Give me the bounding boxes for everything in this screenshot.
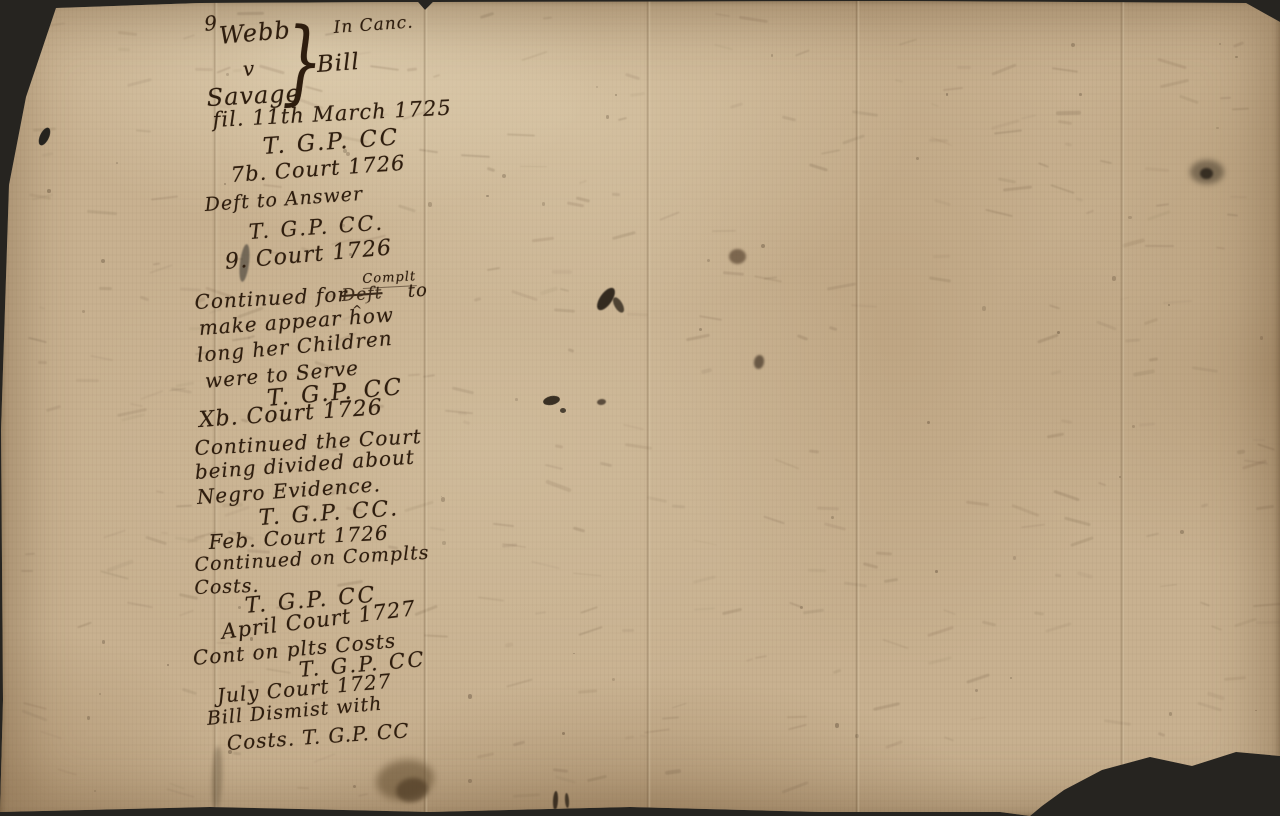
bleed-stroke bbox=[463, 420, 471, 425]
bleed-stroke bbox=[1037, 333, 1059, 344]
bleed-stroke bbox=[1158, 732, 1166, 737]
bleed-stroke bbox=[824, 522, 845, 530]
bleed-stroke bbox=[782, 781, 809, 793]
bleed-stroke bbox=[1003, 185, 1032, 191]
bleed-stroke bbox=[100, 570, 128, 580]
ink-blot bbox=[1200, 168, 1213, 179]
bleed-stroke bbox=[966, 673, 990, 683]
bleed-stroke bbox=[535, 612, 546, 615]
bleed-stroke bbox=[928, 656, 952, 665]
bleed-stroke bbox=[714, 44, 733, 51]
fold-crease bbox=[1120, 0, 1125, 816]
bleed-stroke bbox=[1211, 625, 1222, 631]
bleed-stroke bbox=[782, 115, 796, 121]
bleed-stroke bbox=[76, 379, 99, 382]
bleed-stroke bbox=[1100, 160, 1112, 164]
bleed-stroke bbox=[1125, 338, 1140, 342]
ink-speck bbox=[82, 310, 85, 313]
bleed-stroke bbox=[90, 355, 113, 361]
bleed-stroke bbox=[1257, 444, 1275, 452]
bleed-stroke bbox=[297, 787, 309, 789]
bleed-stroke bbox=[876, 551, 892, 555]
bleed-stroke bbox=[1149, 357, 1158, 362]
bleed-stroke bbox=[545, 464, 563, 470]
bleed-stroke bbox=[195, 67, 213, 70]
ink-speck bbox=[515, 398, 518, 401]
bleed-stroke bbox=[578, 689, 597, 693]
bleed-stroke bbox=[554, 309, 575, 313]
ink-speck bbox=[612, 678, 615, 681]
bleed-stroke bbox=[998, 178, 1016, 184]
bleed-stroke bbox=[943, 609, 955, 615]
bleed-stroke bbox=[1050, 370, 1061, 375]
ink-speck bbox=[87, 716, 91, 720]
fold-crease bbox=[423, 0, 428, 816]
bleed-stroke bbox=[555, 775, 576, 784]
ink-speck bbox=[167, 664, 169, 666]
bleed-stroke bbox=[160, 531, 167, 534]
bleed-stroke bbox=[1233, 41, 1244, 47]
bleed-stroke bbox=[833, 669, 841, 674]
bleed-stroke bbox=[775, 459, 800, 470]
bleed-stroke bbox=[1055, 574, 1062, 578]
bleed-stroke bbox=[623, 423, 644, 429]
ink-speck bbox=[468, 779, 472, 783]
bleed-stroke bbox=[573, 572, 601, 576]
ink-speck bbox=[1169, 712, 1173, 716]
bleed-stroke bbox=[982, 621, 996, 627]
bleed-stroke bbox=[451, 386, 473, 394]
bleed-stroke bbox=[1053, 490, 1079, 502]
bleed-stroke bbox=[1064, 143, 1071, 147]
bleed-stroke bbox=[1021, 114, 1036, 119]
bleed-stroke bbox=[141, 390, 164, 401]
bleed-stroke bbox=[1076, 197, 1083, 202]
bleed-stroke bbox=[580, 606, 597, 613]
bleed-stroke bbox=[560, 288, 569, 292]
bleed-stroke bbox=[493, 523, 514, 528]
ink-speck bbox=[1255, 710, 1257, 712]
bleed-stroke bbox=[473, 297, 480, 302]
bleed-stroke bbox=[686, 334, 710, 342]
bleed-stroke bbox=[225, 506, 250, 517]
ink-speck bbox=[47, 189, 51, 193]
bleed-stroke bbox=[167, 788, 195, 798]
bleed-stroke bbox=[1144, 318, 1158, 326]
ink-speck bbox=[606, 115, 610, 119]
bleed-stroke bbox=[575, 196, 589, 202]
bleed-stroke bbox=[555, 444, 564, 449]
ink-speck bbox=[916, 157, 919, 160]
bleed-stroke bbox=[520, 166, 547, 168]
bleed-stroke bbox=[1147, 210, 1170, 221]
bleed-stroke bbox=[1234, 618, 1257, 628]
ink-speck bbox=[597, 398, 607, 405]
ink-speck bbox=[224, 183, 226, 185]
bleed-stroke bbox=[45, 405, 60, 413]
bleed-stroke bbox=[600, 462, 613, 468]
bleed-stroke bbox=[478, 596, 504, 602]
bleed-stroke bbox=[512, 740, 524, 746]
bleed-stroke bbox=[540, 286, 558, 295]
bleed-stroke bbox=[700, 367, 712, 373]
bleed-stroke bbox=[625, 73, 640, 81]
bleed-stroke bbox=[943, 87, 963, 91]
bleed-stroke bbox=[991, 63, 1017, 75]
ink-speck bbox=[1168, 304, 1170, 306]
ink-speck bbox=[982, 306, 986, 310]
ink-speck bbox=[1180, 530, 1184, 534]
bleed-stroke bbox=[40, 731, 62, 740]
bleed-stroke bbox=[86, 210, 116, 215]
bleed-stroke bbox=[1253, 439, 1265, 441]
bleed-stroke bbox=[944, 736, 954, 741]
bleed-stroke bbox=[1160, 584, 1177, 587]
bleed-stroke bbox=[521, 50, 547, 61]
ink-smudge bbox=[753, 354, 765, 370]
ink-speck bbox=[699, 328, 702, 331]
bleed-stroke bbox=[140, 296, 150, 302]
bleed-stroke bbox=[842, 134, 864, 144]
bleed-stroke bbox=[662, 717, 679, 721]
ink-speck bbox=[935, 570, 938, 573]
bleed-stroke bbox=[1230, 196, 1247, 199]
bleed-stroke bbox=[931, 103, 939, 107]
bleed-stroke bbox=[1216, 246, 1225, 249]
bleed-stroke bbox=[803, 609, 824, 615]
bleed-stroke bbox=[507, 133, 535, 136]
case-type: Bill bbox=[316, 49, 361, 78]
ink-speck bbox=[238, 606, 241, 609]
bleed-stroke bbox=[479, 12, 493, 19]
ink-speck bbox=[1013, 556, 1016, 559]
bleed-stroke bbox=[817, 507, 839, 511]
bleed-stroke bbox=[130, 403, 143, 408]
bleed-stroke bbox=[928, 626, 954, 637]
bleed-stroke bbox=[118, 30, 137, 35]
bleed-stroke bbox=[1021, 524, 1045, 529]
bleed-stroke bbox=[1236, 450, 1244, 455]
bleed-stroke bbox=[1145, 245, 1174, 247]
manuscript-page: 9 Webb In Canc. v Savage } Bill fil. 11t… bbox=[0, 0, 1280, 816]
bleed-stroke bbox=[1201, 503, 1208, 507]
bleed-stroke bbox=[1064, 517, 1091, 527]
bleed-stroke bbox=[419, 149, 438, 154]
ink-speck bbox=[1112, 276, 1116, 280]
ink-speck bbox=[1057, 331, 1060, 334]
bleed-stroke bbox=[487, 167, 496, 172]
bleed-stroke bbox=[531, 561, 560, 570]
bleed-stroke bbox=[694, 607, 715, 610]
ink-speck bbox=[1132, 425, 1135, 428]
bleed-stroke bbox=[788, 724, 807, 731]
bleed-stroke bbox=[573, 527, 585, 533]
bleed-stroke bbox=[885, 740, 903, 749]
bleed-stroke bbox=[797, 335, 808, 342]
ink-speck bbox=[1260, 336, 1264, 340]
ink-speck bbox=[946, 93, 948, 95]
ink-speck bbox=[353, 785, 356, 788]
bleed-stroke bbox=[828, 326, 837, 332]
bleed-stroke bbox=[966, 501, 989, 507]
ink-speck bbox=[428, 202, 432, 206]
bleed-stroke bbox=[77, 621, 92, 628]
ink-speck bbox=[486, 195, 488, 197]
ink-blot bbox=[553, 791, 559, 810]
docket-line-answer: Deft to Answer bbox=[204, 183, 364, 216]
ink-speck bbox=[101, 259, 105, 263]
ink-speck bbox=[573, 653, 575, 655]
ink-speck bbox=[761, 244, 765, 248]
bleed-stroke bbox=[612, 193, 620, 196]
versus-mark: v bbox=[242, 56, 256, 81]
bleed-stroke bbox=[1160, 79, 1189, 88]
ink-speck bbox=[927, 421, 930, 424]
bleed-stroke bbox=[127, 78, 152, 87]
ink-speck bbox=[226, 73, 229, 76]
bleed-stroke bbox=[622, 629, 635, 632]
bleed-stroke bbox=[38, 306, 45, 310]
bleed-stroke bbox=[821, 149, 840, 154]
fold-crease bbox=[646, 0, 651, 816]
bleed-stroke bbox=[433, 74, 440, 78]
bleed-stroke bbox=[787, 716, 807, 719]
bleed-stroke bbox=[1104, 719, 1132, 726]
bleed-stroke bbox=[673, 702, 688, 708]
bleed-stroke bbox=[723, 271, 745, 276]
bleed-stroke bbox=[543, 17, 552, 20]
bleed-stroke bbox=[1220, 96, 1231, 99]
bleed-stroke bbox=[552, 768, 567, 773]
bleed-stroke bbox=[994, 129, 1022, 135]
ink-speck bbox=[442, 541, 446, 545]
ink-speck bbox=[542, 202, 546, 206]
bleed-stroke bbox=[612, 231, 636, 240]
bleed-stroke bbox=[1098, 481, 1106, 486]
bleed-stroke bbox=[991, 119, 1019, 130]
ink-speck bbox=[596, 86, 598, 88]
bleed-stroke bbox=[1192, 366, 1218, 372]
bleed-stroke bbox=[153, 263, 160, 266]
ink-speck bbox=[1010, 677, 1012, 679]
bleed-stroke bbox=[511, 290, 537, 302]
bleed-stroke bbox=[1077, 570, 1093, 578]
bleed-stroke bbox=[1256, 505, 1274, 510]
bleed-stroke bbox=[693, 575, 716, 584]
bleed-stroke bbox=[430, 527, 445, 531]
bleed-stroke bbox=[693, 539, 717, 545]
ink-speck bbox=[94, 790, 96, 792]
bleed-stroke bbox=[587, 775, 607, 783]
bleed-stroke bbox=[808, 569, 826, 573]
bleed-stroke bbox=[730, 102, 744, 109]
bleed-stroke bbox=[809, 163, 828, 171]
bleed-stroke bbox=[179, 609, 194, 616]
bleed-stroke bbox=[118, 48, 130, 52]
bleed-stroke bbox=[567, 202, 585, 208]
ink-speck bbox=[1128, 216, 1131, 219]
bleed-stroke bbox=[24, 553, 34, 556]
plaintiff-name: Webb bbox=[218, 16, 292, 50]
bleed-stroke bbox=[1253, 603, 1280, 607]
bleed-stroke bbox=[505, 642, 513, 647]
bleed-stroke bbox=[1232, 108, 1249, 110]
ink-speck bbox=[615, 94, 618, 97]
bleed-stroke bbox=[712, 229, 736, 231]
ink-speck bbox=[707, 259, 710, 262]
bleed-stroke bbox=[795, 50, 810, 58]
ink-speck bbox=[502, 174, 506, 178]
docket-number: 9 bbox=[203, 11, 219, 36]
bleed-stroke bbox=[672, 504, 685, 508]
bleed-stroke bbox=[233, 69, 242, 72]
bleed-stroke bbox=[136, 129, 151, 133]
bleed-stroke bbox=[1179, 95, 1199, 105]
bleed-stroke bbox=[933, 255, 950, 259]
bleed-stroke bbox=[532, 237, 554, 243]
bleed-stroke bbox=[103, 529, 126, 538]
bleed-stroke bbox=[552, 270, 572, 274]
bleed-stroke bbox=[1145, 167, 1169, 172]
ink-speck bbox=[116, 162, 118, 164]
bleed-stroke bbox=[1207, 691, 1225, 700]
ink-blot bbox=[564, 793, 569, 808]
bleed-stroke bbox=[22, 710, 48, 723]
bleed-stroke bbox=[629, 92, 644, 97]
bleed-stroke bbox=[969, 717, 985, 721]
bleed-stroke bbox=[38, 361, 47, 364]
ink-speck bbox=[800, 606, 803, 609]
bleed-stroke bbox=[43, 22, 66, 27]
bleed-stroke bbox=[266, 668, 291, 674]
bleed-stroke bbox=[1045, 622, 1072, 633]
bleed-stroke bbox=[487, 267, 501, 271]
bleed-stroke bbox=[739, 15, 768, 23]
ink-speck bbox=[560, 408, 566, 413]
bleed-stroke bbox=[715, 13, 730, 17]
ink-speck bbox=[99, 693, 101, 695]
bleed-stroke bbox=[259, 64, 285, 74]
bleed-stroke bbox=[1122, 238, 1145, 247]
bleed-stroke bbox=[1096, 320, 1117, 330]
ink-speck bbox=[975, 689, 978, 692]
bleed-stroke bbox=[237, 12, 264, 15]
ink-blot bbox=[542, 394, 560, 406]
bleed-stroke bbox=[929, 277, 951, 284]
bleed-stroke bbox=[1034, 611, 1045, 616]
bleed-stroke bbox=[57, 768, 77, 776]
bleed-stroke bbox=[127, 602, 153, 609]
bleed-stroke bbox=[1156, 203, 1169, 206]
bleed-stroke bbox=[176, 504, 192, 506]
bleed-stroke bbox=[755, 655, 767, 659]
bleed-stroke bbox=[1047, 432, 1064, 438]
bleed-stroke bbox=[358, 793, 368, 797]
bleed-stroke bbox=[883, 638, 909, 649]
bleed-stroke bbox=[1049, 304, 1061, 310]
ink-speck bbox=[1219, 43, 1221, 45]
court-note: In Canc. bbox=[333, 12, 414, 38]
bleed-stroke bbox=[156, 491, 165, 494]
bleed-stroke bbox=[99, 287, 112, 291]
bleed-stroke bbox=[627, 312, 648, 315]
bleed-stroke bbox=[1038, 163, 1049, 168]
bleed-stroke bbox=[1052, 67, 1078, 72]
bleed-stroke bbox=[183, 34, 195, 40]
ink-speck bbox=[468, 694, 472, 698]
bleed-stroke bbox=[1227, 214, 1238, 217]
bleed-stroke bbox=[1146, 533, 1159, 537]
bleed-stroke bbox=[722, 608, 742, 615]
bleed-stroke bbox=[1133, 369, 1155, 376]
ink-smudge bbox=[729, 249, 746, 264]
bleed-stroke bbox=[827, 283, 856, 291]
bleed-stroke bbox=[1012, 504, 1040, 517]
bleed-stroke bbox=[151, 196, 178, 201]
bleed-stroke bbox=[899, 38, 917, 46]
fold-crease bbox=[855, 0, 860, 816]
bleed-stroke bbox=[1058, 119, 1072, 124]
bleed-stroke bbox=[578, 626, 602, 636]
ink-speck bbox=[771, 54, 774, 57]
bleed-stroke bbox=[313, 752, 336, 762]
bleed-stroke bbox=[1197, 702, 1222, 712]
bleed-stroke bbox=[182, 688, 197, 695]
bleed-stroke bbox=[370, 66, 399, 72]
bleed-stroke bbox=[1139, 422, 1155, 426]
bleed-stroke bbox=[746, 658, 753, 662]
bleed-stroke bbox=[957, 66, 971, 69]
docket-line-to: to bbox=[407, 280, 428, 302]
bleed-stroke bbox=[476, 752, 493, 759]
bleed-stroke bbox=[408, 373, 420, 376]
bleed-stroke bbox=[507, 679, 534, 688]
ink-speck bbox=[441, 497, 445, 501]
bleed-stroke bbox=[873, 702, 900, 711]
bleed-stroke bbox=[407, 68, 417, 72]
bleed-stroke bbox=[460, 155, 489, 158]
bleed-stroke bbox=[1056, 111, 1081, 115]
ink-blot bbox=[611, 296, 626, 315]
bleed-stroke bbox=[1157, 58, 1186, 70]
bleed-stroke bbox=[884, 578, 898, 583]
bleed-stroke bbox=[145, 535, 167, 545]
bleed-stroke bbox=[545, 479, 571, 492]
bleed-stroke bbox=[863, 562, 878, 569]
ink-speck bbox=[102, 640, 105, 643]
bleed-stroke bbox=[28, 337, 47, 344]
bleed-stroke bbox=[1256, 621, 1280, 624]
bleed-stroke bbox=[42, 152, 53, 157]
bleed-stroke bbox=[176, 381, 194, 387]
bleed-stroke bbox=[579, 180, 587, 185]
bleed-stroke bbox=[665, 769, 681, 775]
bleed-stroke bbox=[986, 208, 1014, 217]
bleed-stroke bbox=[398, 204, 416, 212]
bleed-stroke bbox=[660, 211, 680, 220]
bleed-stroke bbox=[21, 570, 33, 572]
ink-speck bbox=[1071, 43, 1075, 47]
bleed-stroke bbox=[618, 117, 627, 121]
bleed-stroke bbox=[171, 388, 192, 394]
bleed-stroke bbox=[1050, 184, 1074, 193]
bleed-stroke bbox=[1224, 676, 1246, 681]
ink-speck bbox=[1235, 56, 1238, 59]
bleed-stroke bbox=[23, 702, 47, 710]
ink-speck bbox=[1079, 93, 1082, 96]
bleed-stroke bbox=[895, 79, 903, 83]
bleed-stroke bbox=[106, 560, 133, 573]
